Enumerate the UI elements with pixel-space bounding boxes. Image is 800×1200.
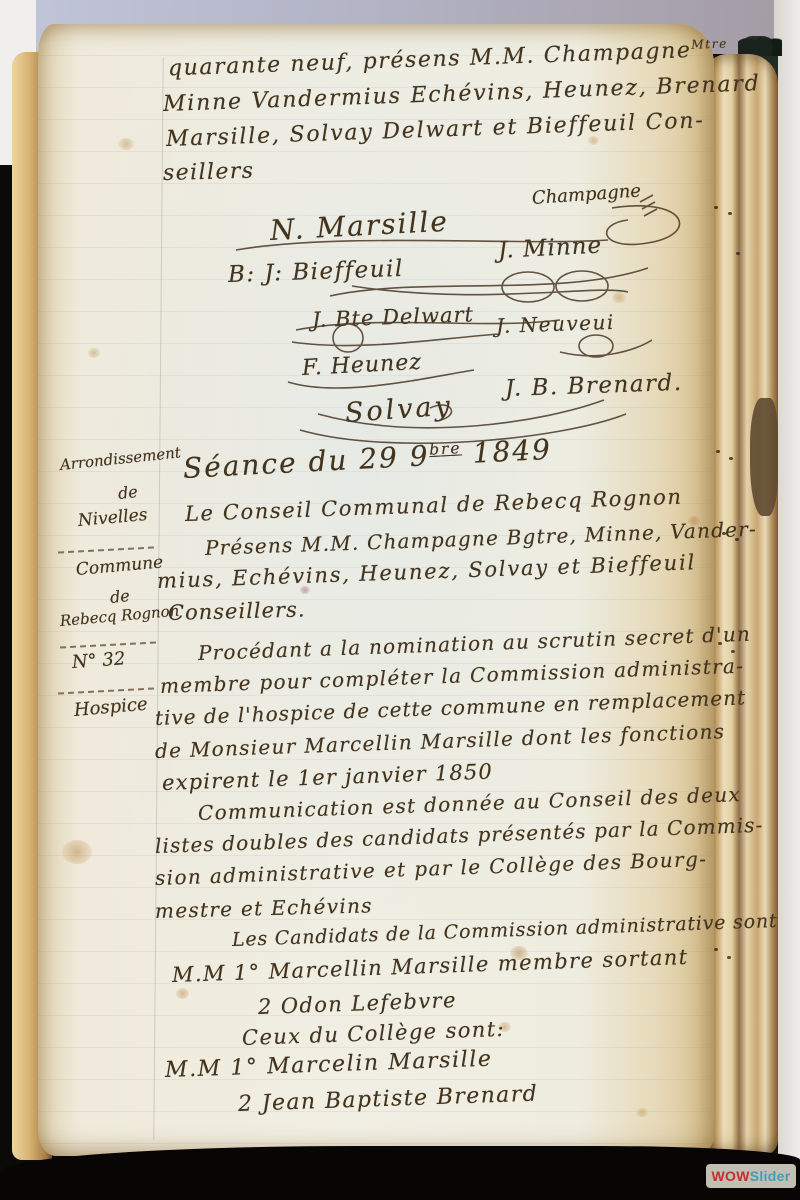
margin-note-de: de [117,482,139,503]
session-heading-year: 1849 [461,433,553,471]
manuscript-line: seillers [163,159,255,186]
foxing-spot [88,348,100,358]
ink-speck [714,948,718,951]
watermark-text-wow: WOW [712,1168,750,1184]
ink-speck [727,956,731,959]
signature-neuveui: J. Neuveui [496,310,616,338]
ink-speck [736,252,740,255]
session-heading-superscript: bre [429,439,462,459]
foxing-spot [612,292,626,303]
ink-speck [728,212,732,215]
margin-note-number: N° 32 [71,648,126,673]
ink-speck [729,457,733,460]
ink-speck [731,650,735,653]
book-cover-ragged-top [738,30,782,56]
ink-speck [714,206,718,209]
bottom-shadow [0,1146,800,1200]
manuscript-line: Conseillers. [168,597,306,625]
margin-note-de2: de [109,586,131,607]
opening-line1-superscript: Mtre [691,36,728,51]
watermark-text-slider: Slider [750,1168,791,1184]
foxing-spot [176,988,189,999]
foxing-spot [118,138,134,150]
ink-speck [716,450,720,453]
foxing-spot [588,136,599,145]
foxing-spot [636,1108,648,1117]
cover-fabric-patch [750,398,778,516]
photograph-of-register-page: quarante neuf, présens M.M. ChampagneMtr… [0,0,800,1200]
wowslider-watermark[interactable]: WOWSlider [706,1164,796,1188]
foxing-spot [62,840,92,864]
signature-minne: J. Minne [497,233,602,264]
